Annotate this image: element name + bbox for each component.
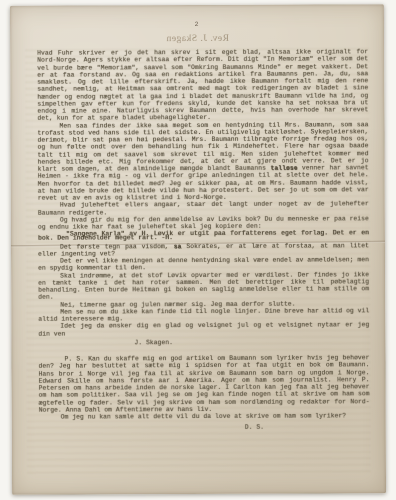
letter-paragraph: Hvad Fuhr skriver er jo det han skrev i …: [37, 48, 368, 122]
letter-paper: 2 Rev. J. Skagen Hvad Fuhr skriver er jo…: [10, 4, 386, 495]
bleedthrough-recipient-name: Rev. J. Skagen: [166, 34, 229, 44]
scanned-letter-photo: { "page": { "page_number": "2", "bleedth…: [0, 0, 396, 500]
letter-paragraph: Idet jeg da ønsker dig en glad og velsig…: [38, 322, 369, 338]
letter-paragraph: Det er vel ikke meningen at denne hentyd…: [38, 256, 369, 272]
letter-paragraph: Men saa findes der ikke saa meget som en…: [37, 121, 368, 202]
letter-body: Hvad Fuhr skriver er jo det han skrev i …: [37, 48, 370, 432]
letter-paragraph: Hvad juleheftet ellers angaar, staar det…: [38, 201, 369, 217]
letter-paragraph: P. S. Kan du skaffe mig en god artikel o…: [38, 354, 369, 413]
letter-paragraph: D. S.: [245, 424, 370, 432]
letter-paragraph: Om jeg nu kan samle alt dette vil du da …: [39, 412, 370, 421]
letter-paragraph: Det første tegn paa visdom, sa Sokrates,…: [38, 242, 369, 258]
letter-paragraph: J. Skagen.: [134, 338, 369, 346]
page-number: 2: [10, 20, 384, 29]
page-header: 2 Rev. J. Skagen: [10, 20, 384, 47]
letter-paragraph: "Sangene Karla" av H. Løvik er utgit paa…: [38, 231, 369, 242]
letter-paragraph: Skal indrømme, at det stof Løvik opvarte…: [38, 271, 369, 301]
